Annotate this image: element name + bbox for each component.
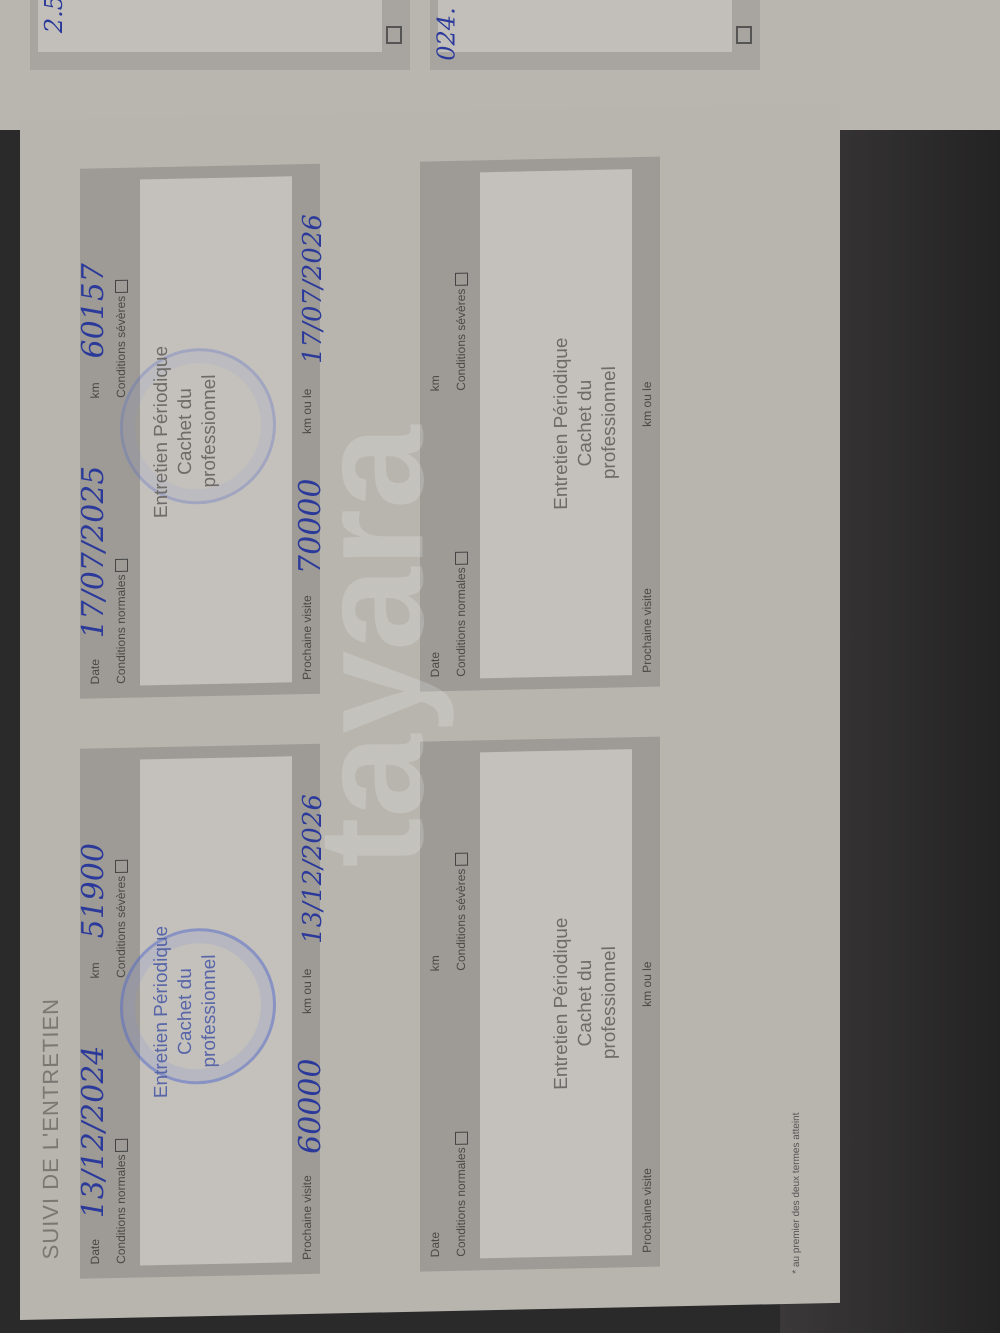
watermark: tayara xyxy=(285,425,458,867)
normal-checkbox[interactable] xyxy=(115,1138,128,1151)
next-date: 17/07/2026 xyxy=(298,214,328,364)
normal-checkbox[interactable] xyxy=(115,558,128,571)
partial-box-right xyxy=(430,0,760,70)
severe-checkbox[interactable] xyxy=(115,860,128,873)
handwritten-note: 024. xyxy=(433,7,461,60)
entry-date: 17/07/2025 xyxy=(76,465,111,639)
page-title: SUIVI DE L'ENTRETIEN xyxy=(38,998,64,1260)
entry-km: 51900 xyxy=(76,843,111,939)
severe-checkbox[interactable] xyxy=(455,273,468,286)
normal-checkbox[interactable] xyxy=(455,1131,468,1144)
entry-km: 60157 xyxy=(76,263,111,359)
checkbox[interactable] xyxy=(386,26,402,44)
stamp-area: Entretien PériodiqueCachet duprofessionn… xyxy=(480,169,632,678)
stamp-area: Entretien PériodiqueCachet duprofessionn… xyxy=(140,176,292,685)
entry-date: 13/12/2024 xyxy=(76,1045,111,1219)
stamp-area: Entretien PériodiqueCachet duprofessionn… xyxy=(140,756,292,1265)
checkbox[interactable] xyxy=(736,26,752,44)
partial-box-left xyxy=(30,0,410,70)
stamp-area: Entretien PériodiqueCachet duprofessionn… xyxy=(480,749,632,1258)
footnote: * au premier des deux termes atteint xyxy=(791,1112,802,1273)
handwritten-note: 2.5 xyxy=(40,0,68,33)
next-km: 60000 xyxy=(293,1058,328,1154)
severe-checkbox[interactable] xyxy=(115,280,128,293)
